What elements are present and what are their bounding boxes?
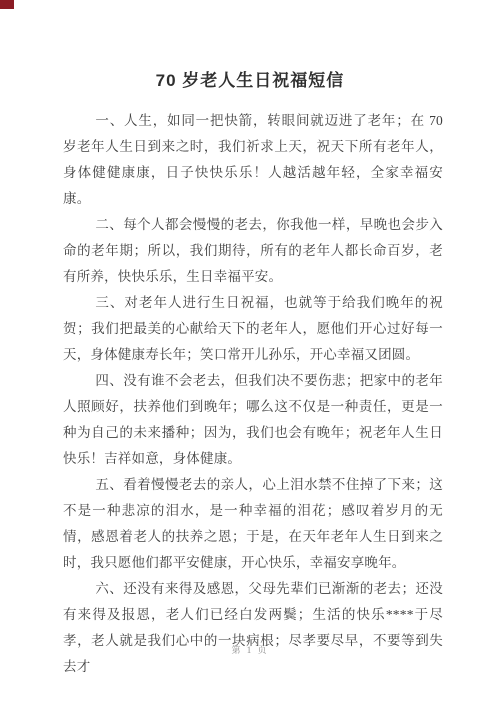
paragraph: 四、没有谁不会老去，但我们决不要伤悲；把家中的老年人照顾好，扶养他们到晚年；哪么… [63,368,443,472]
paragraph: 二、每个人都会慢慢的老去，你我他一样，早晚也会步入命的老年期；所以，我们期待，所… [63,212,443,290]
paragraph: 一、人生，如同一把快箭，转眼间就迈进了老年；在 70 岁老年人生日到来之时，我们… [63,108,443,212]
page-number-footer: 第 1 页 [0,644,500,656]
paragraph: 五、看着慢慢老去的亲人，心上泪水禁不住掉了下来；这不是一种悲凉的泪水，是一种幸福… [63,472,443,576]
page-title: 70 岁老人生日祝福短信 [0,0,500,94]
paragraph: 三、对老年人进行生日祝福，也就等于给我们晚年的祝贺；我们把最美的心献给天下的老年… [63,290,443,368]
corner-mark [0,0,14,9]
document-body: 一、人生，如同一把快箭，转眼间就迈进了老年；在 70 岁老年人生日到来之时，我们… [0,108,500,680]
document-page: 70 岁老人生日祝福短信 一、人生，如同一把快箭，转眼间就迈进了老年；在 70 … [0,0,500,708]
paragraph: 六、还没有来得及感恩，父母先辈们已渐渐的老去；还没有来得及报恩，老人们已经白发两… [63,576,443,680]
